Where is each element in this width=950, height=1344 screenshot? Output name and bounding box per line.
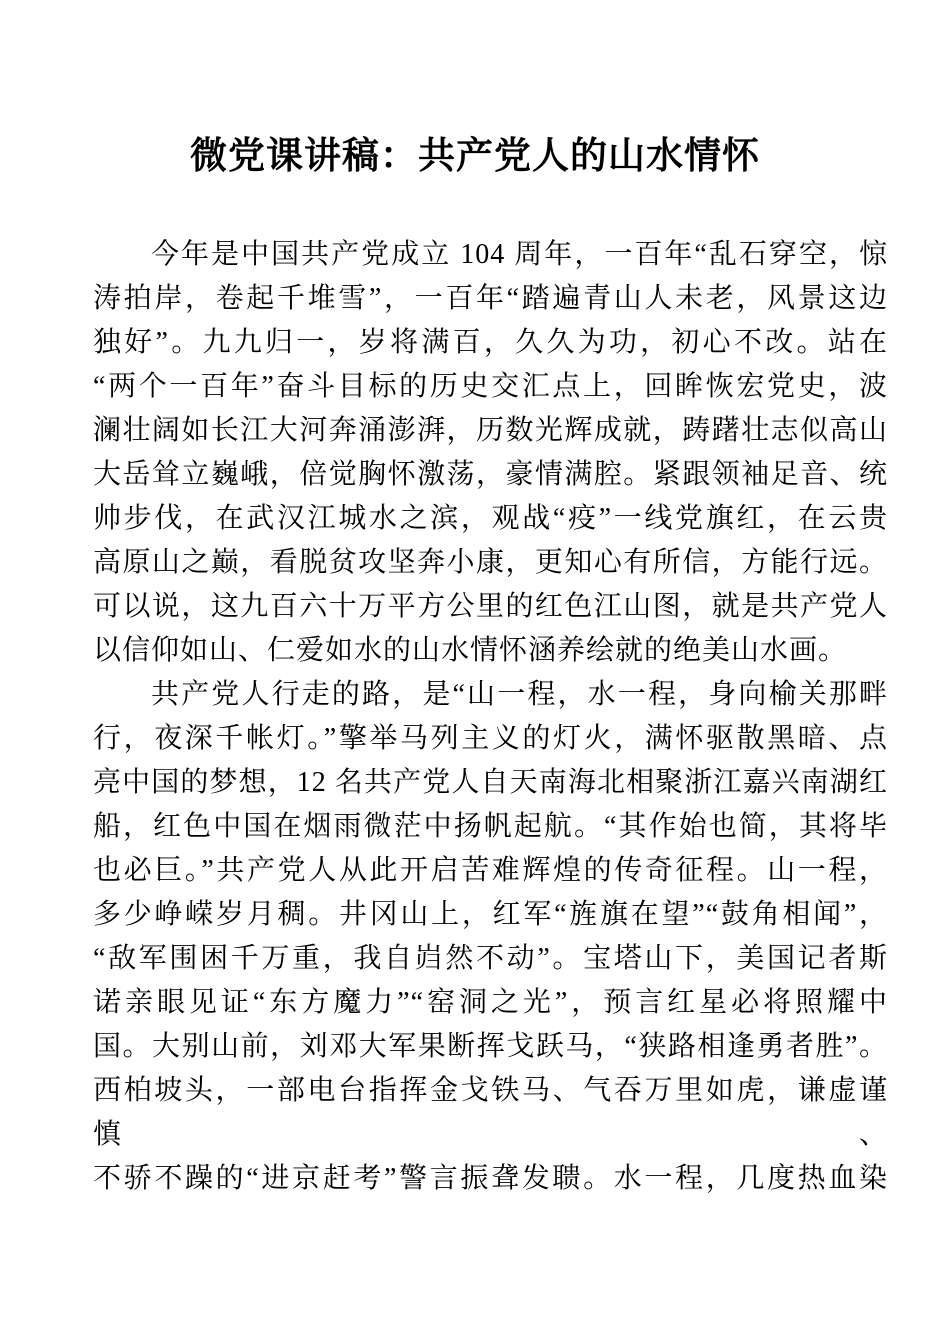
paragraph-2-line-5: 也必巨。”共产党人从此开启苦难辉煌的传奇征程。山一程， [93, 849, 888, 893]
paragraph-2-line-2: 行，夜深千帐灯。”擎举马列主义的灯火，满怀驱散黑暗、点 [93, 717, 888, 761]
paragraph-2-line-1: 共产党人行走的路，是“山一程，水一程，身向榆关那畔 [93, 673, 888, 717]
paragraph-1-line-9: 可以说，这九百六十万平方公里的红色江山图，就是共产党人 [93, 585, 888, 629]
paragraph-2-line-6: 多少峥嵘岁月稠。井冈山上，红军“旌旗在望”“鼓角相闻”， [93, 893, 888, 937]
document-page: 微党课讲稿：共产党人的山水情怀 今年是中国共产党成立 104 周年，一百年“乱石… [0, 0, 950, 1344]
paragraph-2-line-10: 西柏坡头，一部电台指挥金戈铁马、气吞万里如虎，谦虚谨慎、 [93, 1069, 888, 1157]
paragraph-1-line-7: 帅步伐，在武汉江城水之滨，观战“疫”一线党旗红，在云贵 [93, 497, 888, 541]
paragraph-1-line-1: 今年是中国共产党成立 104 周年，一百年“乱石穿空，惊 [93, 233, 888, 277]
paragraph-2-line-11: 不骄不躁的“进京赶考”警言振聋发聩。水一程，几度热血染 [93, 1157, 888, 1201]
paragraph-1-line-2: 涛拍岸，卷起千堆雪”，一百年“踏遍青山人未老，风景这边 [93, 277, 888, 321]
paragraph-1-line-5: 澜壮阔如长江大河奔涌澎湃，历数光辉成就，踌躇壮志似高山 [93, 409, 888, 453]
document-title: 微党课讲稿：共产党人的山水情怀 [0, 0, 950, 182]
paragraph-2-line-9: 国。大别山前，刘邓大军果断挥戈跃马，“狭路相逢勇者胜”。 [93, 1025, 888, 1069]
paragraph-1-line-10: 以信仰如山、仁爱如水的山水情怀涵养绘就的绝美山水画。 [93, 629, 888, 673]
paragraph-1-line-6: 大岳耸立巍峨，倍觉胸怀激荡，豪情满腔。紧跟领袖足音、统 [93, 453, 888, 497]
paragraph-2-line-3: 亮中国的梦想，12 名共产党人自天南海北相聚浙江嘉兴南湖红 [93, 761, 888, 805]
paragraph-2-line-8: 诺亲眼见证“东方魔力”“窑洞之光”，预言红星必将照耀中 [93, 981, 888, 1025]
paragraph-1-line-4: “两个一百年”奋斗目标的历史交汇点上，回眸恢宏党史，波 [93, 365, 888, 409]
paragraph-1-line-3: 独好”。九九归一，岁将满百，久久为功，初心不改。站在 [93, 321, 888, 365]
paragraph-2-line-4: 船，红色中国在烟雨微茫中扬帆起航。“其作始也简，其将毕 [93, 805, 888, 849]
document-body: 今年是中国共产党成立 104 周年，一百年“乱石穿空，惊 涛拍岸，卷起千堆雪”，… [93, 233, 888, 1201]
paragraph-2-line-7: “敌军围困千万重，我自岿然不动”。宝塔山下，美国记者斯 [93, 937, 888, 981]
paragraph-1-line-8: 高原山之巅，看脱贫攻坚奔小康，更知心有所信，方能行远。 [93, 541, 888, 585]
